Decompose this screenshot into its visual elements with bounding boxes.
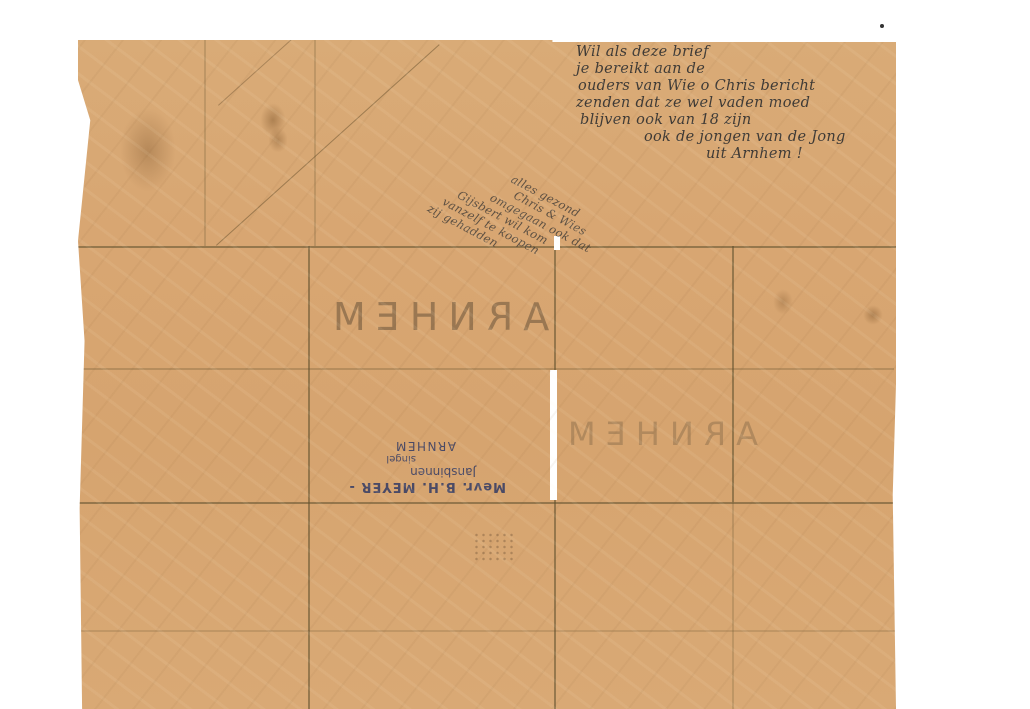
fold-line-vertical	[204, 40, 206, 246]
address-block: Mevr. B.H. MEYER - Jansbinnen singel ARN…	[316, 402, 506, 494]
address-city: ARNHEM	[316, 438, 506, 453]
note-line: zenden dat ze wel vaden moed	[576, 95, 846, 112]
fold-line-horizontal	[78, 502, 896, 504]
note-line: je bereikt aan de	[576, 61, 846, 78]
address-street: Jansbinnen	[316, 464, 506, 479]
note-line: blijven ook van 18 zijn	[576, 112, 846, 129]
tear-split	[550, 370, 557, 500]
note-line: uit Arnhem !	[576, 146, 846, 163]
letter-sheet: ARNHEM ARNHEM Wil als deze brief je bere…	[78, 40, 896, 709]
pin-holes	[473, 532, 513, 562]
fold-line-vertical	[732, 502, 734, 709]
fold-line-vertical	[732, 246, 734, 502]
handwritten-note: Wil als deze brief je bereikt aan de oud…	[576, 44, 846, 163]
fold-line-horizontal	[78, 630, 896, 632]
fold-line-vertical	[308, 246, 310, 709]
fold-line-horizontal	[80, 368, 894, 370]
dust-speck	[880, 24, 884, 28]
note-line: Wil als deze brief	[576, 44, 846, 61]
fold-line-diagonal	[216, 44, 440, 245]
ghost-text-lower: ARNHEM	[558, 415, 758, 453]
address-name: Mevr. B.H. MEYER -	[316, 479, 506, 494]
note-line: ouders van Wie o Chris bericht	[576, 78, 846, 95]
ghost-text-upper: ARNHEM	[323, 295, 549, 339]
address-extra: singel	[316, 453, 506, 464]
fold-line-vertical	[314, 40, 316, 246]
note-line: ook de jongen van de Jong	[576, 129, 846, 146]
